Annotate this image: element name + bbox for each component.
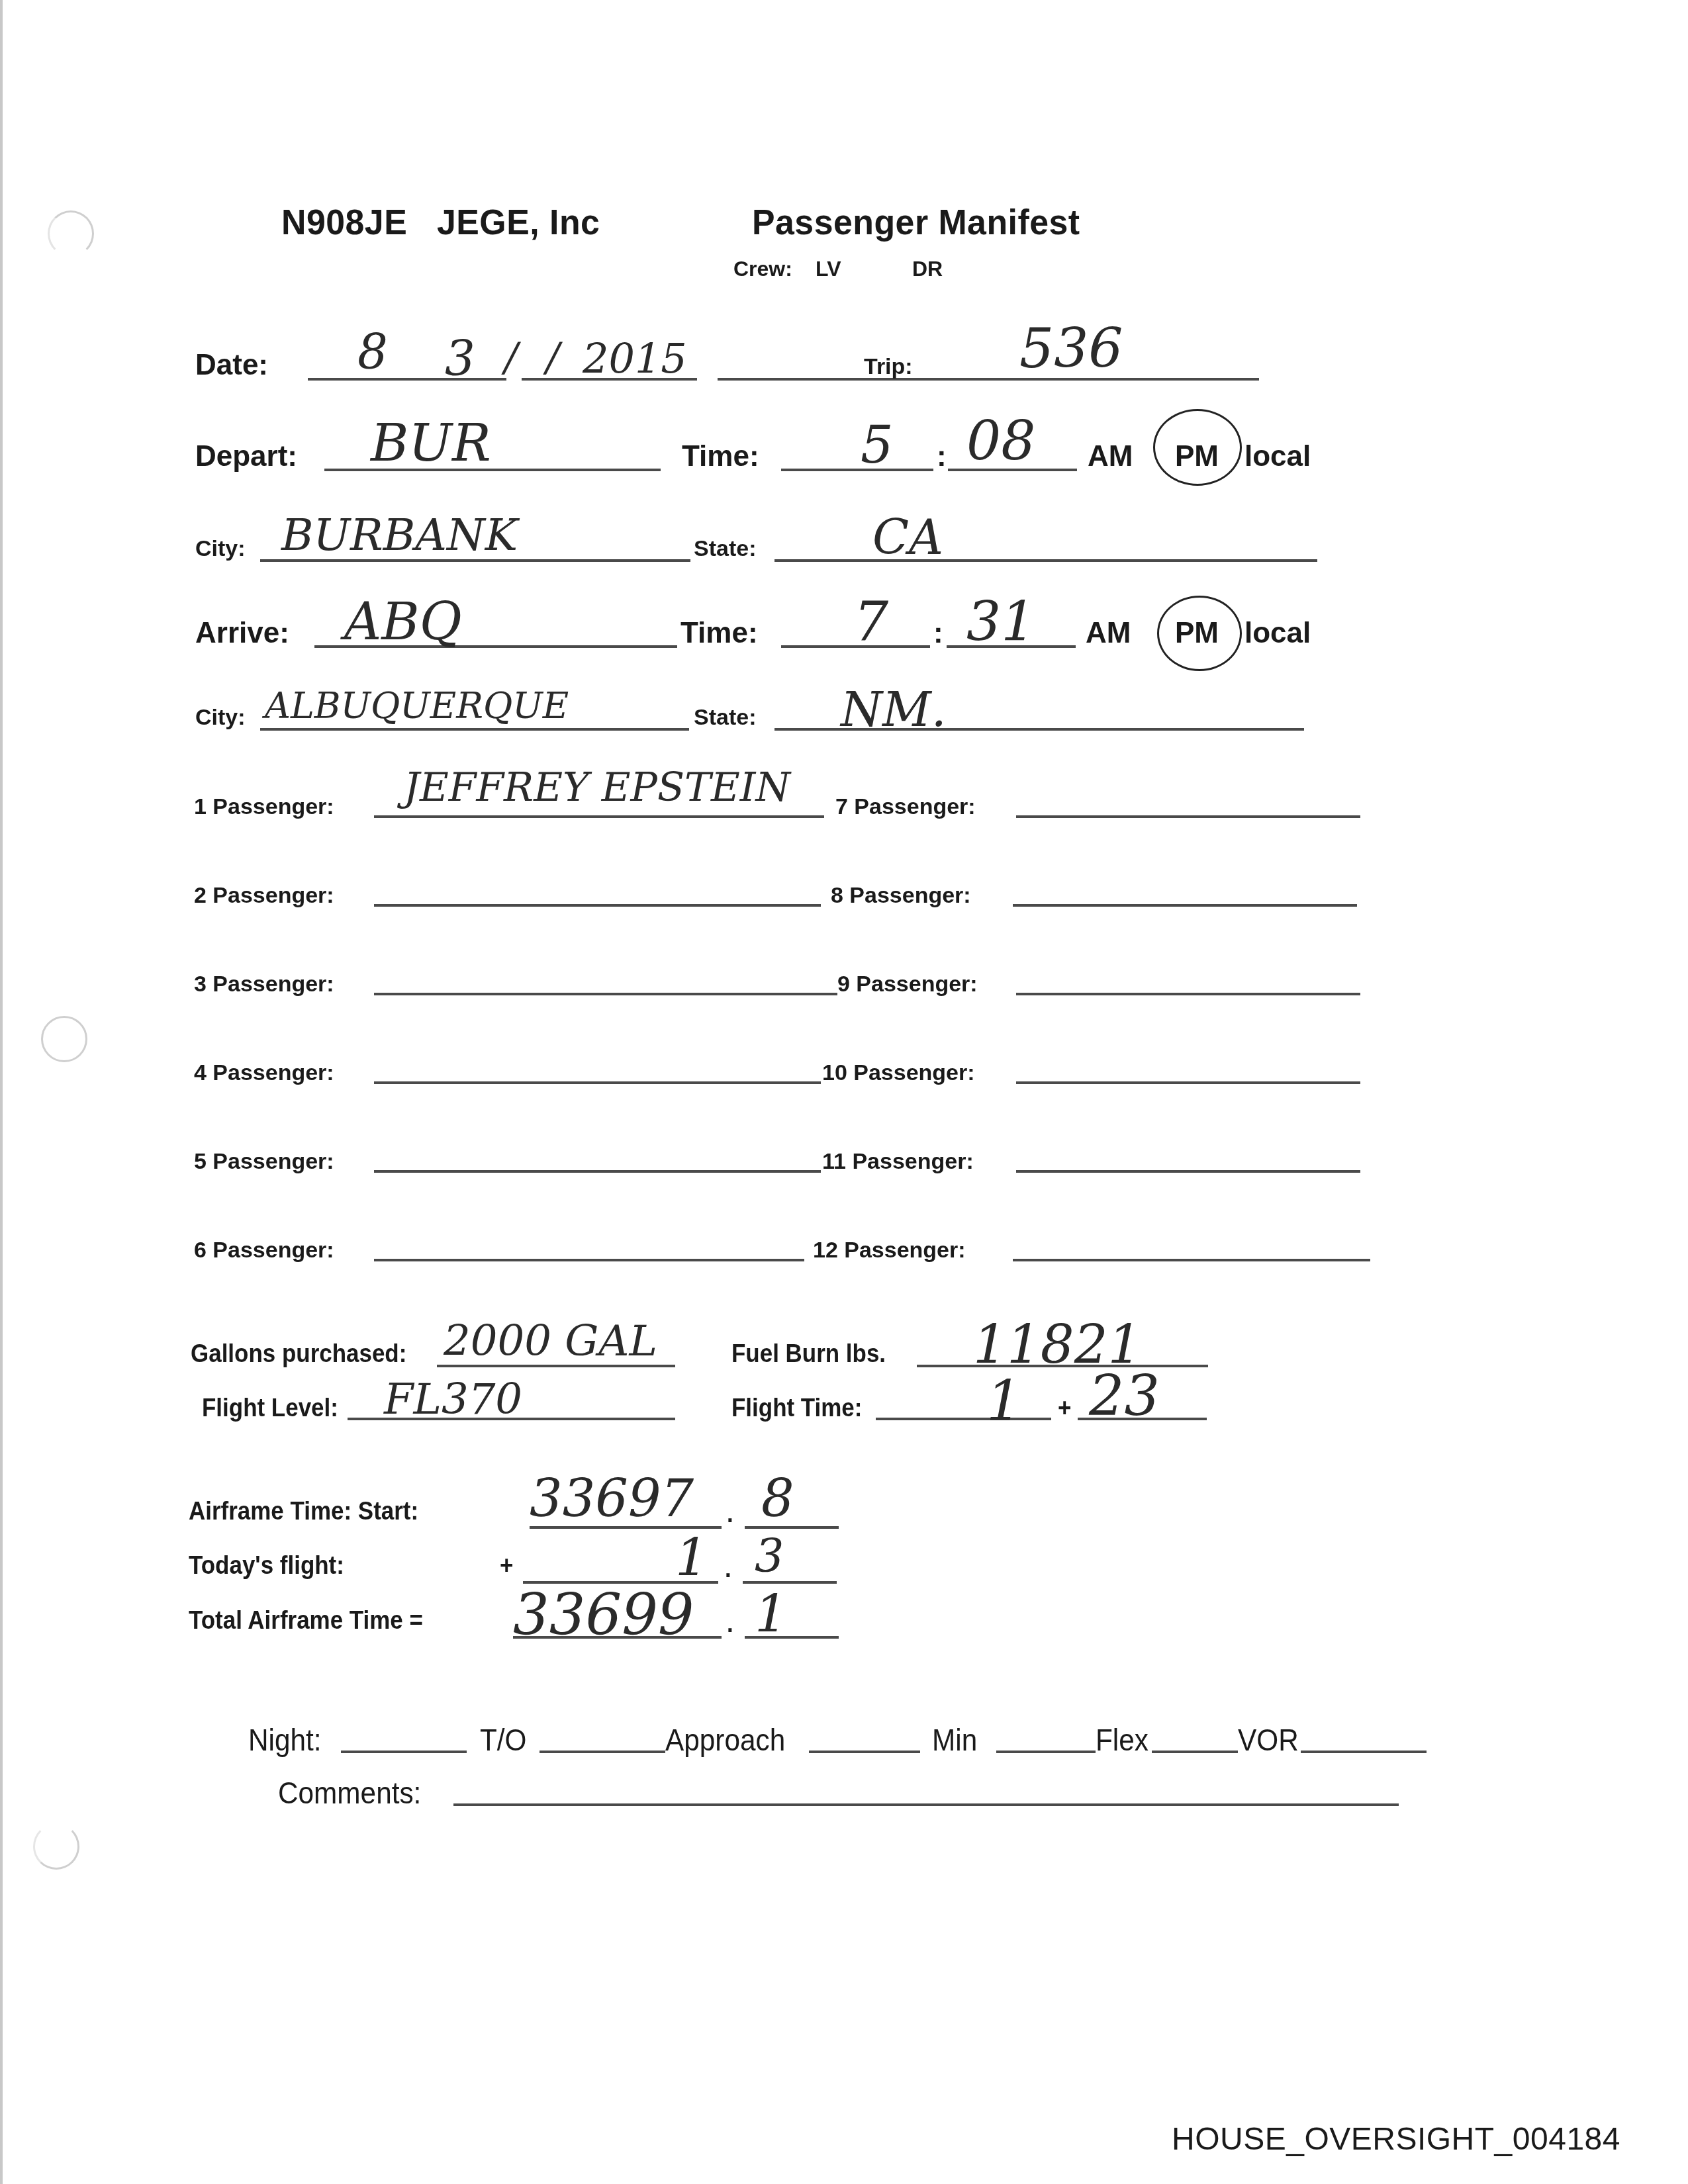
takeoff-label: T/O <box>480 1722 527 1758</box>
arrive-time-label: Time: <box>680 617 758 650</box>
depart-hour-line <box>781 469 933 471</box>
arrive-hour-field[interactable]: 7 <box>854 591 888 654</box>
date-day-field[interactable]: 3 <box>445 331 475 387</box>
arrive-label: Arrive: <box>195 617 289 650</box>
depart-minute-field[interactable]: 08 <box>966 410 1035 473</box>
approach-label: Approach <box>665 1722 785 1758</box>
depart-colon: : <box>937 440 947 473</box>
vor-field[interactable] <box>1301 1751 1427 1753</box>
todays-flight-plus: + <box>500 1552 513 1580</box>
takeoff-field[interactable] <box>539 1751 665 1753</box>
flight-time-plus: + <box>1058 1394 1071 1423</box>
arrive-state-label: State: <box>694 705 756 731</box>
total-airframe-whole-field[interactable]: 33699 <box>513 1582 694 1648</box>
gallons-purchased-field[interactable]: 2000 GAL <box>444 1317 657 1366</box>
total-airframe-tenth-field[interactable]: 1 <box>755 1585 788 1645</box>
date-separator: / <box>504 334 518 381</box>
passenger-1-line <box>374 815 824 818</box>
depart-airport-field[interactable]: BUR <box>371 414 491 473</box>
passenger-11-label: 11 Passenger: <box>822 1149 974 1175</box>
passenger-5-label: 5 Passenger: <box>194 1149 334 1175</box>
hole-punch-middle <box>41 1016 87 1062</box>
page-title: Passenger Manifest <box>752 202 1080 243</box>
passenger-9-label: 9 Passenger: <box>837 972 978 997</box>
date-year-line <box>718 378 956 381</box>
todays-flight-tenth-field[interactable]: 3 <box>755 1529 784 1583</box>
arrive-state-field[interactable]: NM. <box>841 682 947 737</box>
passenger-10-label: 10 Passenger: <box>822 1060 975 1086</box>
crew-label: Crew: <box>733 257 792 281</box>
date-year-field[interactable]: 2015 <box>583 334 687 383</box>
arrive-am-option[interactable]: AM <box>1086 617 1131 650</box>
comments-field[interactable] <box>453 1803 1399 1806</box>
bates-stamp: HOUSE_OVERSIGHT_004184 <box>1172 2121 1620 2158</box>
arrive-city-label: City: <box>195 705 246 731</box>
depart-state-field[interactable]: CA <box>872 510 943 565</box>
night-label: Night: <box>248 1722 322 1758</box>
passenger-4-field[interactable] <box>374 1081 821 1084</box>
airframe-start-tenth-field[interactable]: 8 <box>761 1469 794 1529</box>
arrive-minute-field[interactable]: 31 <box>966 591 1035 654</box>
company-name: JEGE, Inc <box>437 202 600 243</box>
passenger-10-field[interactable] <box>1016 1081 1360 1084</box>
arrive-airport-field[interactable]: ABQ <box>344 592 462 652</box>
passenger-7-field[interactable] <box>1016 815 1360 818</box>
depart-state-line <box>774 559 1317 562</box>
passenger-8-label: 8 Passenger: <box>831 883 971 909</box>
arrive-pm-circle <box>1157 596 1242 671</box>
flight-time-hours-field[interactable]: 1 <box>986 1369 1021 1433</box>
passenger-4-label: 4 Passenger: <box>194 1060 334 1086</box>
depart-city-label: City: <box>195 536 246 562</box>
depart-am-option[interactable]: AM <box>1088 440 1133 473</box>
passenger-2-label: 2 Passenger: <box>194 883 334 909</box>
flight-time-label: Flight Time: <box>731 1394 862 1423</box>
total-airframe-label: Total Airframe Time = <box>189 1607 423 1635</box>
todays-flight-whole-field[interactable]: 1 <box>675 1529 708 1588</box>
passenger-2-field[interactable] <box>374 904 821 907</box>
passenger-11-field[interactable] <box>1016 1170 1360 1173</box>
passenger-12-field[interactable] <box>1013 1259 1370 1261</box>
passenger-8-field[interactable] <box>1013 904 1357 907</box>
flex-field[interactable] <box>1152 1751 1238 1753</box>
night-field[interactable] <box>341 1751 467 1753</box>
page-edge <box>0 0 3 2184</box>
min-label: Min <box>932 1722 977 1758</box>
passenger-6-field[interactable] <box>374 1259 804 1261</box>
flight-level-field[interactable]: FL370 <box>384 1375 522 1424</box>
trip-label: Trip: <box>864 354 913 380</box>
passenger-5-field[interactable] <box>374 1170 821 1173</box>
flight-time-hours-line <box>876 1418 1051 1420</box>
hole-punch-bottom <box>33 1823 79 1870</box>
arrive-city-field[interactable]: ALBUQUERQUE <box>265 685 569 727</box>
arrive-local-label: local <box>1244 617 1311 650</box>
airframe-start-label: Airframe Time: Start: <box>189 1498 418 1526</box>
passenger-6-label: 6 Passenger: <box>194 1238 334 1263</box>
arrive-city-line <box>260 728 689 731</box>
airframe-start-dot: . <box>727 1500 733 1529</box>
hole-punch-top <box>48 210 94 257</box>
depart-pm-circle <box>1153 409 1242 486</box>
vor-label: VOR <box>1238 1722 1299 1758</box>
passenger-7-label: 7 Passenger: <box>835 794 976 820</box>
flight-time-minutes-field[interactable]: 23 <box>1089 1363 1160 1428</box>
todays-flight-label: Today's flight: <box>189 1552 344 1580</box>
depart-hour-field[interactable]: 5 <box>861 416 894 475</box>
crew-member-2: DR <box>912 257 943 281</box>
date-label: Date: <box>195 349 268 382</box>
passenger-1-field[interactable]: JEFFREY EPSTEIN <box>404 764 790 811</box>
flex-label: Flex <box>1096 1722 1149 1758</box>
total-airframe-dot: . <box>727 1610 733 1639</box>
date-month-line <box>308 378 506 381</box>
crew-member-1: LV <box>816 257 841 281</box>
date-month-field[interactable]: 8 <box>357 324 388 380</box>
todays-flight-dot: . <box>725 1555 731 1584</box>
passenger-9-field[interactable] <box>1016 993 1360 995</box>
date-separator-2: / <box>546 334 559 381</box>
depart-time-label: Time: <box>682 440 759 473</box>
tail-number: N908JE <box>281 202 407 243</box>
depart-city-field[interactable]: BURBANK <box>281 510 518 561</box>
depart-label: Depart: <box>195 440 297 473</box>
passenger-12-label: 12 Passenger: <box>813 1238 966 1263</box>
fuel-burn-label: Fuel Burn lbs. <box>731 1340 886 1369</box>
passenger-1-label: 1 Passenger: <box>194 794 334 820</box>
trip-number-field[interactable]: 536 <box>1019 318 1123 381</box>
passenger-3-label: 3 Passenger: <box>194 972 334 997</box>
airframe-start-whole-field[interactable]: 33697 <box>530 1469 694 1529</box>
depart-local-label: local <box>1244 440 1311 473</box>
approach-field[interactable] <box>809 1751 920 1753</box>
depart-state-label: State: <box>694 536 756 562</box>
comments-label: Comments: <box>278 1775 421 1811</box>
gallons-purchased-label: Gallons purchased: <box>191 1340 406 1369</box>
passenger-3-field[interactable] <box>374 993 837 995</box>
arrive-colon: : <box>933 617 943 650</box>
min-field[interactable] <box>996 1751 1096 1753</box>
flight-level-label: Flight Level: <box>202 1394 338 1423</box>
